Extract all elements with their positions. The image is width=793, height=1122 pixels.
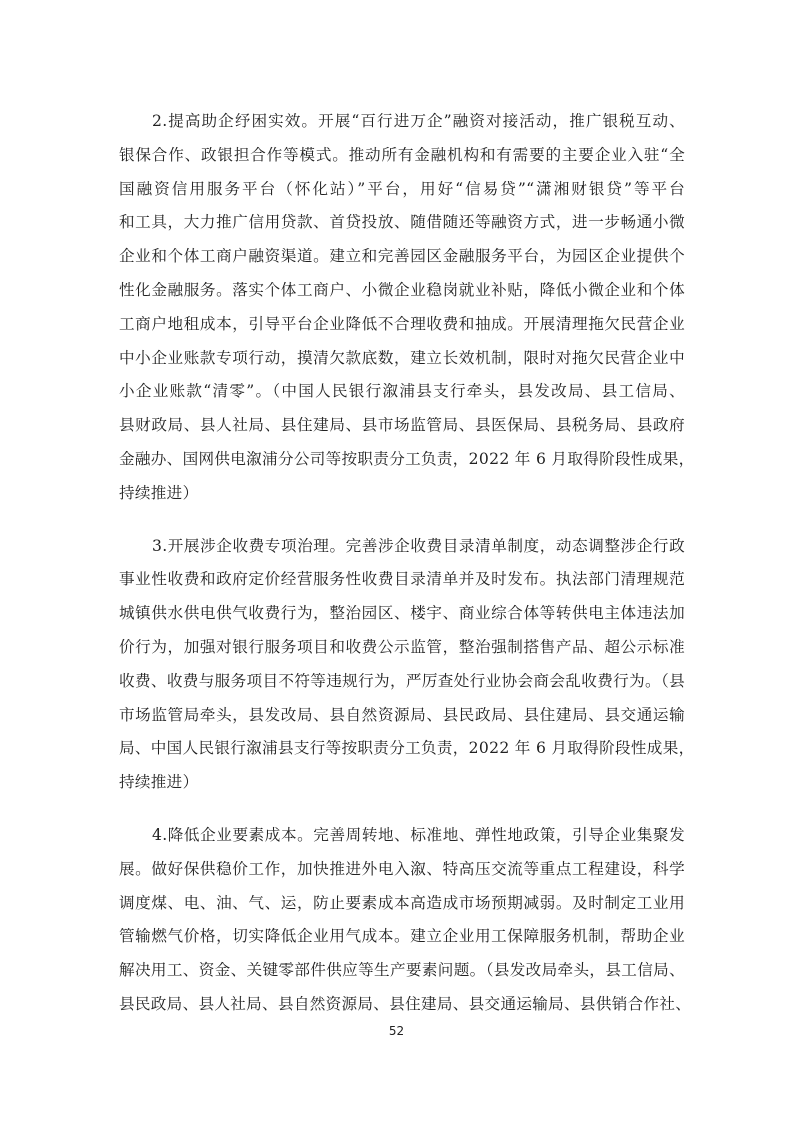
text-line: 市场监管局牵头，县发改局、县自然资源局、县民政局、县住建局、县交通运输 (119, 699, 685, 733)
text-line: 局、中国人民银行溆浦县支行等按职责分工负责，2022 年 6 月取得阶段性成果， (119, 732, 685, 766)
text-line: 城镇供水供电供气收费行为，整治园区、楼宇、商业综合体等转供电主体违法加 (119, 597, 685, 631)
text-line: 企业和个体工商户融资渠道。建立和完善园区金融服务平台，为园区企业提供个 (119, 240, 685, 274)
page-number: 52 (0, 1024, 793, 1038)
text-line: 4.降低企业要素成本。完善周转地、标准地、弹性地政策，引导企业集聚发 (119, 819, 685, 853)
paragraph-4: 4.降低企业要素成本。完善周转地、标准地、弹性地政策，引导企业集聚发 展。做好保… (119, 819, 685, 1022)
text-line: 和工具，大力推广信用贷款、首贷投放、随借随还等融资方式，进一步畅通小微 (119, 206, 685, 240)
text-line: 性化金融服务。落实个体工商户、小微企业稳岗就业补贴，降低小微企业和个体 (119, 274, 685, 308)
paragraph-2: 2.提高助企纾困实效。开展“百行进万企”融资对接活动，推广银税互动、 银保合作、… (119, 105, 685, 511)
text-line: 持续推进） (119, 766, 685, 800)
text-line: 事业性收费和政府定价经营服务性收费目录清单并及时发布。执法部门清理规范 (119, 563, 685, 597)
text-line: 县民政局、县人社局、县自然资源局、县住建局、县交通运输局、县供销合作社、 (119, 988, 685, 1022)
text-line: 中小企业账款专项行动，摸清欠款底数，建立长效机制，限时对拖欠民营企业中 (119, 342, 685, 376)
paragraph-3: 3.开展涉企收费专项治理。完善涉企收费目录清单制度，动态调整涉企行政 事业性收费… (119, 530, 685, 800)
text-line: 工商户地租成本，引导平台企业降低不合理收费和抽成。开展清理拖欠民营企业 (119, 308, 685, 342)
text-line: 展。做好保供稳价工作，加快推进外电入溆、特高压交流等重点工程建设，科学 (119, 853, 685, 887)
text-line: 价行为，加强对银行服务项目和收费公示监管，整治强制搭售产品、超公示标准 (119, 631, 685, 665)
text-line: 管输燃气价格，切实降低企业用气成本。建立企业用工保障服务机制，帮助企业 (119, 920, 685, 954)
document-page: 2.提高助企纾困实效。开展“百行进万企”融资对接活动，推广银税互动、 银保合作、… (0, 0, 793, 1122)
text-line: 银保合作、政银担合作等模式。推动所有金融机构和有需要的主要企业入驻“全 (119, 139, 685, 173)
text-line: 金融办、国网供电溆浦分公司等按职责分工负责，2022 年 6 月取得阶段性成果， (119, 443, 685, 477)
text-line: 2.提高助企纾困实效。开展“百行进万企”融资对接活动，推广银税互动、 (119, 105, 685, 139)
text-line: 3.开展涉企收费专项治理。完善涉企收费目录清单制度，动态调整涉企行政 (119, 530, 685, 564)
text-line: 解决用工、资金、关键零部件供应等生产要素问题。（县发改局牵头，县工信局、 (119, 954, 685, 988)
body-text: 2.提高助企纾困实效。开展“百行进万企”融资对接活动，推广银税互动、 银保合作、… (119, 105, 685, 1041)
text-line: 调度煤、电、油、气、运，防止要素成本高造成市场预期减弱。及时制定工业用 (119, 887, 685, 921)
text-line: 收费、收费与服务项目不符等违规行为，严厉查处行业协会商会乱收费行为。（县 (119, 665, 685, 699)
text-line: 小企业账款“清零”。（中国人民银行溆浦县支行牵头，县发改局、县工信局、 (119, 375, 685, 409)
text-line: 县财政局、县人社局、县住建局、县市场监管局、县医保局、县税务局、县政府 (119, 409, 685, 443)
text-line: 国融资信用服务平台（怀化站）”平台，用好“信易贷”“潇湘财银贷”等平台 (119, 173, 685, 207)
text-line: 持续推进） (119, 477, 685, 511)
